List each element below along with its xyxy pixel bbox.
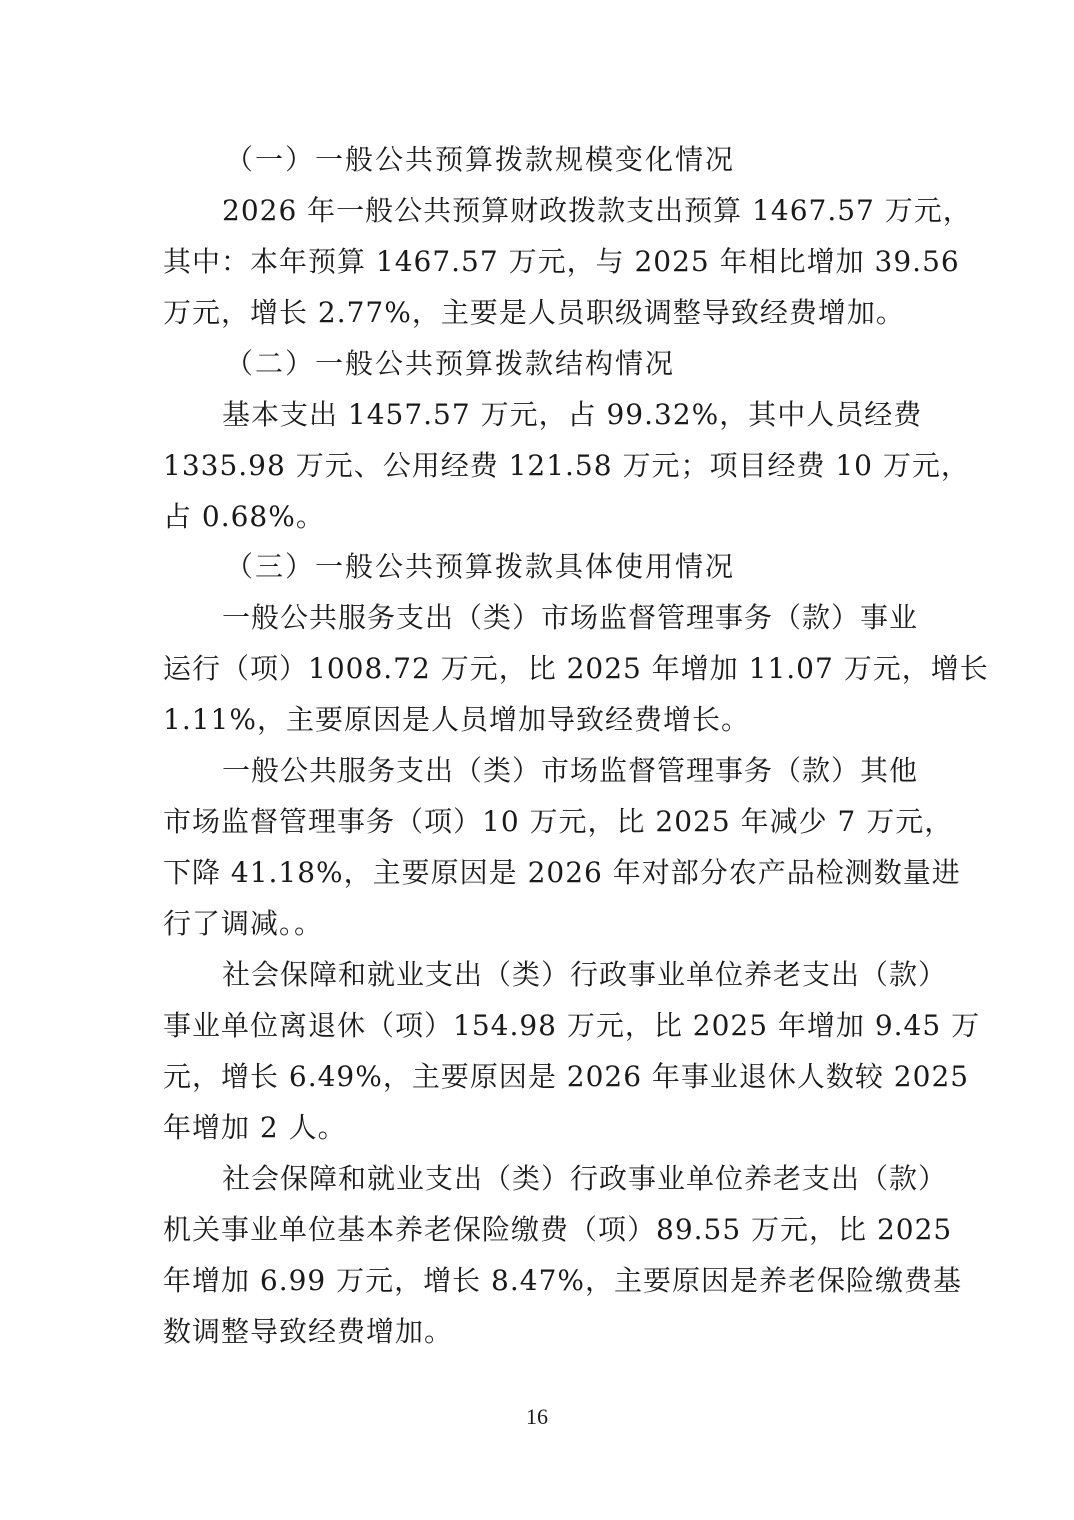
paragraph-line: 机关事业单位基本养老保险缴费（项）89.55 万元，比 2025 bbox=[163, 1210, 912, 1250]
paragraph-line: 社会保障和就业支出（类）行政事业单位养老支出（款） bbox=[222, 955, 912, 995]
section-heading-3: （三）一般公共预算拨款具体使用情况 bbox=[225, 547, 735, 587]
paragraph-line: 数调整导致经费增加。 bbox=[163, 1312, 912, 1352]
paragraph-line: 一般公共服务支出（类）市场监督管理事务（款）事业 bbox=[222, 598, 912, 638]
paragraph-line: 一般公共服务支出（类）市场监督管理事务（款）其他 bbox=[222, 751, 912, 791]
paragraph-line: 1335.98 万元、公用经费 121.58 万元；项目经费 10 万元， bbox=[163, 446, 912, 486]
paragraph-line: 市场监督管理事务（项）10 万元，比 2025 年减少 7 万元， bbox=[163, 802, 912, 842]
document-page: （一）一般公共预算拨款规模变化情况 2026 年一般公共预算财政拨款支出预算 1… bbox=[0, 0, 1074, 1520]
page-number: 16 bbox=[0, 1404, 1074, 1430]
paragraph-line: 基本支出 1457.57 万元，占 99.32%，其中人员经费 bbox=[222, 395, 912, 435]
paragraph-line: 行了调减。。 bbox=[163, 904, 912, 944]
paragraph-line: 1.11%，主要原因是人员增加导致经费增长。 bbox=[163, 700, 912, 740]
paragraph-line: 下降 41.18%，主要原因是 2026 年对部分农产品检测数量进 bbox=[163, 853, 912, 893]
section-heading-2: （二）一般公共预算拨款结构情况 bbox=[225, 344, 675, 384]
paragraph-line: 年增加 6.99 万元，增长 8.47%，主要原因是养老保险缴费基 bbox=[163, 1261, 912, 1301]
paragraph-line: 社会保障和就业支出（类）行政事业单位养老支出（款） bbox=[222, 1159, 912, 1199]
paragraph-line: 万元，增长 2.77%，主要是人员职级调整导致经费增加。 bbox=[163, 293, 912, 333]
paragraph-line: 运行（项）1008.72 万元，比 2025 年增加 11.07 万元，增长 bbox=[163, 649, 912, 689]
paragraph-line: 年增加 2 人。 bbox=[163, 1108, 912, 1148]
paragraph-line: 占 0.68%。 bbox=[163, 497, 912, 537]
paragraph-line: 事业单位离退休（项）154.98 万元，比 2025 年增加 9.45 万 bbox=[163, 1006, 912, 1046]
paragraph-line: 2026 年一般公共预算财政拨款支出预算 1467.57 万元， bbox=[222, 191, 912, 231]
section-heading-1: （一）一般公共预算拨款规模变化情况 bbox=[225, 140, 735, 180]
paragraph-line: 元，增长 6.49%，主要原因是 2026 年事业退休人数较 2025 bbox=[163, 1057, 912, 1097]
paragraph-line: 其中：本年预算 1467.57 万元，与 2025 年相比增加 39.56 bbox=[163, 242, 912, 282]
